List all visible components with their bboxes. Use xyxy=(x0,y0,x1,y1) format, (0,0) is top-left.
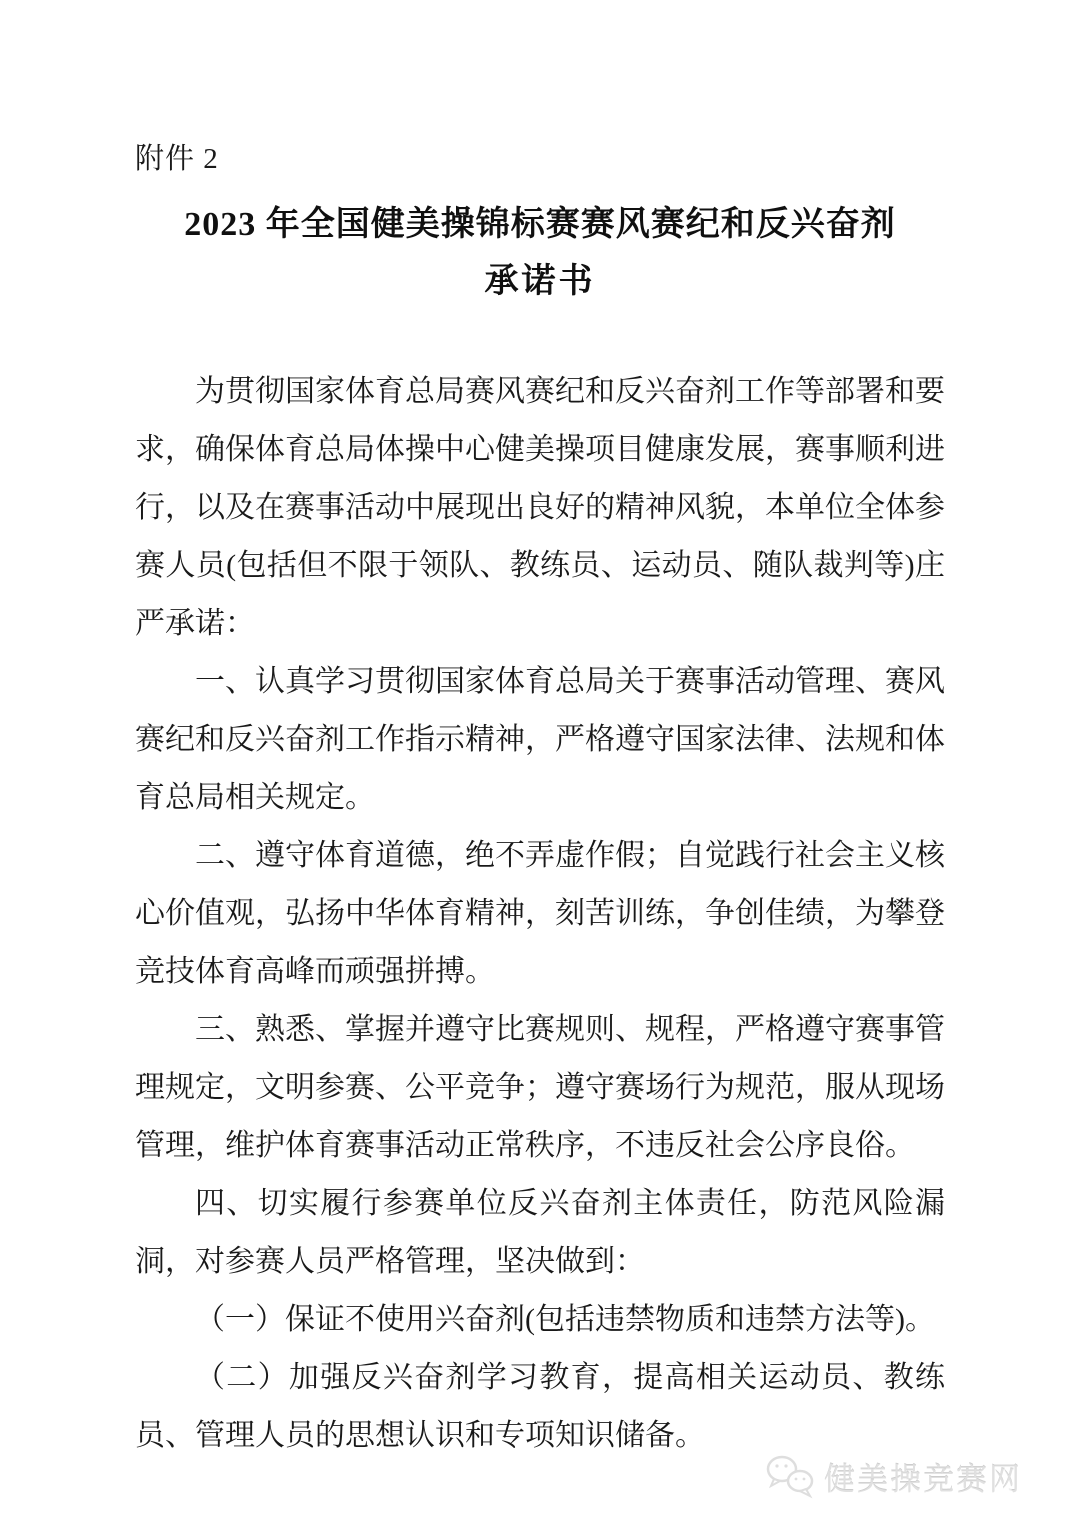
paragraph-subitem-2: （二）加强反兴奋剂学习教育，提高相关运动员、教练员、管理人员的思想认识和专项知识… xyxy=(135,1349,945,1465)
paragraph-item-2: 二、遵守体育道德，绝不弄虚作假；自觉践行社会主义核心价值观，弘扬中华体育精神，刻… xyxy=(135,827,945,1001)
paragraph-item-4: 四、切实履行参赛单位反兴奋剂主体责任，防范风险漏洞，对参赛人员严格管理，坚决做到… xyxy=(135,1175,945,1291)
document-title-line1: 2023 年全国健美操锦标赛赛风赛纪和反兴奋剂 xyxy=(135,197,945,253)
watermark: 健美操竞赛网 xyxy=(764,1453,1022,1499)
document-title: 2023 年全国健美操锦标赛赛风赛纪和反兴奋剂 承诺书 xyxy=(135,197,945,311)
paragraph-intro: 为贯彻国家体育总局赛风赛纪和反兴奋剂工作等部署和要求，确保体育总局体操中心健美操… xyxy=(135,363,945,653)
paragraph-item-3: 三、熟悉、掌握并遵守比赛规则、规程，严格遵守赛事管理规定，文明参赛、公平竞争；遵… xyxy=(135,1001,945,1175)
document-title-line2: 承诺书 xyxy=(135,253,945,311)
wechat-chat-bubbles-icon xyxy=(764,1453,818,1499)
document-body: 为贯彻国家体育总局赛风赛纪和反兴奋剂工作等部署和要求，确保体育总局体操中心健美操… xyxy=(135,363,945,1465)
watermark-text: 健美操竞赛网 xyxy=(824,1454,1022,1499)
document-page: 附件 2 2023 年全国健美操锦标赛赛风赛纪和反兴奋剂 承诺书 为贯彻国家体育… xyxy=(0,0,1080,1527)
paragraph-item-1: 一、认真学习贯彻国家体育总局关于赛事活动管理、赛风赛纪和反兴奋剂工作指示精神，严… xyxy=(135,653,945,827)
attachment-label: 附件 2 xyxy=(135,136,945,177)
paragraph-subitem-1: （一）保证不使用兴奋剂(包括违禁物质和违禁方法等)。 xyxy=(135,1291,945,1349)
document-content: 附件 2 2023 年全国健美操锦标赛赛风赛纪和反兴奋剂 承诺书 为贯彻国家体育… xyxy=(0,0,1080,1465)
